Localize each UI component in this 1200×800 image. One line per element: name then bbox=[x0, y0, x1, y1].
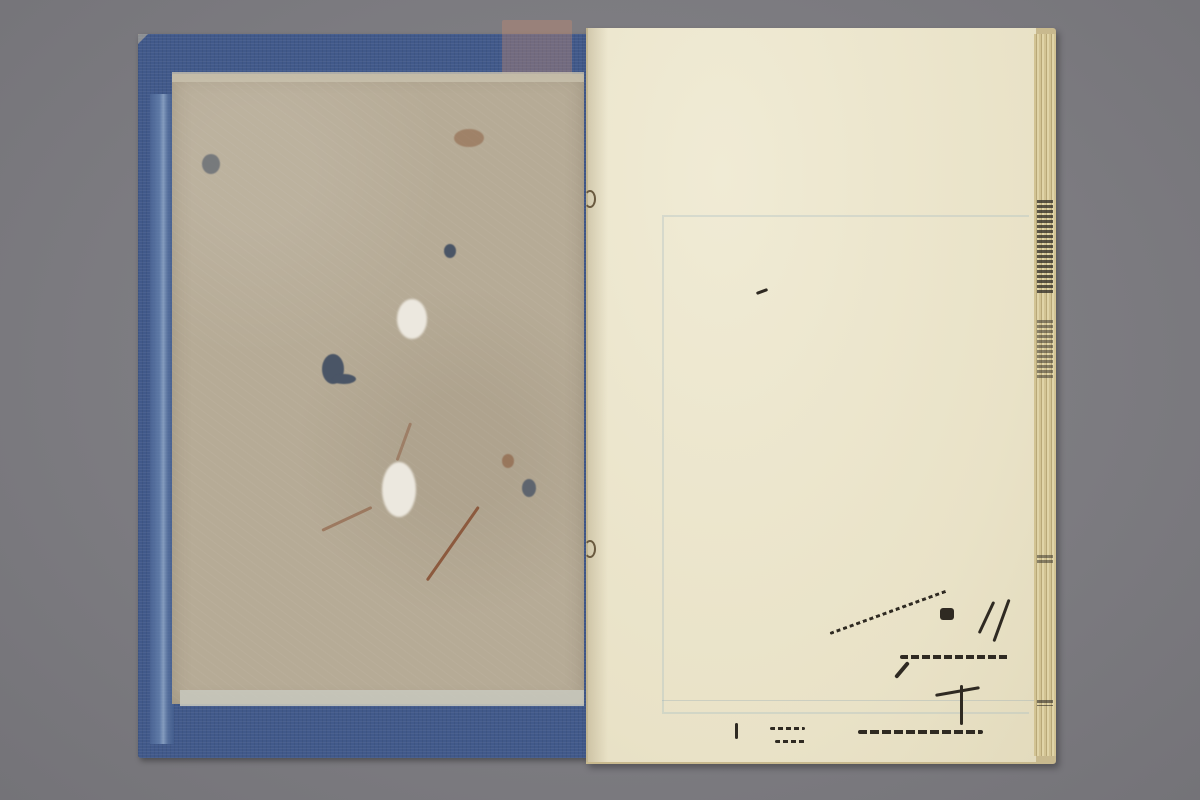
annotation-column bbox=[960, 685, 963, 725]
pastedown-paper bbox=[172, 74, 584, 704]
paper-fleck bbox=[502, 454, 514, 468]
annotation-mark bbox=[940, 608, 954, 620]
annotation-column bbox=[900, 655, 1010, 659]
paper-fiber bbox=[321, 506, 372, 532]
page-fore-edge bbox=[1034, 34, 1056, 756]
fore-edge-writing bbox=[1037, 320, 1053, 380]
annotation-column bbox=[858, 730, 983, 734]
pastedown-bottom-margin bbox=[180, 690, 584, 706]
fore-edge-writing bbox=[1037, 200, 1053, 295]
fore-edge-writing bbox=[1037, 555, 1053, 565]
fore-edge-writing bbox=[1037, 700, 1053, 706]
binding-stitch bbox=[584, 190, 596, 208]
paper-fleck bbox=[202, 154, 220, 174]
showthrough-border-frame bbox=[662, 215, 1029, 714]
annotation-small bbox=[770, 727, 805, 730]
paper-fleck bbox=[332, 374, 356, 384]
showthrough-border-line bbox=[662, 700, 1034, 701]
paper-fleck bbox=[522, 479, 536, 497]
gutter-shadow bbox=[586, 28, 608, 762]
paper-fiber bbox=[426, 506, 480, 581]
cover-corner bbox=[138, 34, 178, 74]
paper-fleck bbox=[397, 299, 427, 339]
pastedown-top-margin bbox=[172, 72, 584, 82]
cover-fold-fade bbox=[150, 94, 174, 744]
paper-fleck bbox=[382, 462, 416, 517]
annotation-small bbox=[775, 740, 805, 743]
paper-fleck bbox=[444, 244, 456, 258]
annotation-small bbox=[735, 723, 738, 739]
paper-fiber bbox=[396, 422, 412, 461]
paper-fleck bbox=[454, 129, 484, 147]
binding-stitch bbox=[584, 540, 596, 558]
